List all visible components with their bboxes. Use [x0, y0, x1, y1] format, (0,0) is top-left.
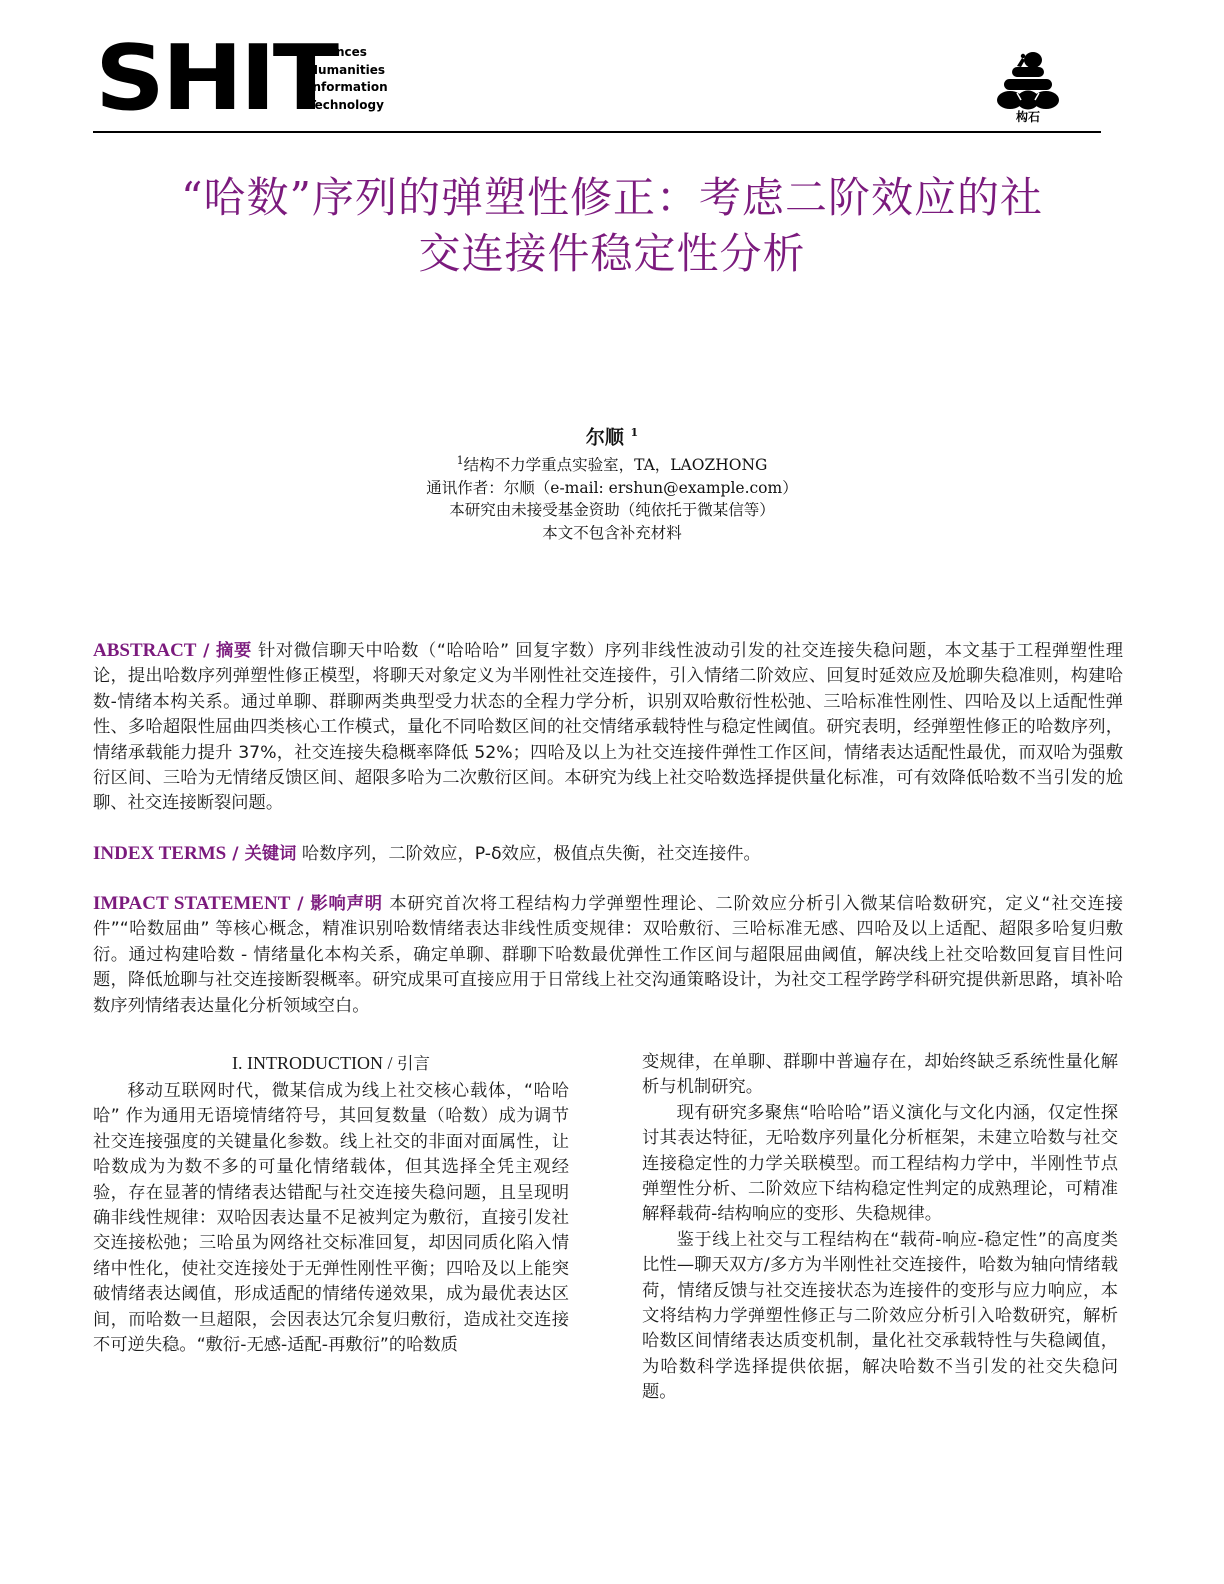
abstract-text: 针对微信聊天中哈数（“哈哈哈” 回复字数）序列非线性波动引发的社交连接失稳问题，… [93, 641, 1123, 813]
journal-logo-mark: SHIT [95, 40, 336, 118]
intro-paragraph-3: 鉴于线上社交与工程结构在“载荷-响应-稳定性”的高度类比性—聊天双方/多方为半刚… [642, 1228, 1118, 1406]
author-affiliation-mark: 1 [630, 426, 638, 439]
abstract: ABSTRACT / 摘要 针对微信聊天中哈数（“哈哈哈” 回复字数）序列非线性… [93, 638, 1123, 817]
intro-paragraph-1: 移动互联网时代，微某信成为线上社交核心载体，“哈哈哈” 作为通用无语境情绪符号，… [93, 1079, 569, 1358]
logo-word: Information [308, 79, 388, 97]
body-column-right: 变规律，在单聊、群聊中普遍存在，却始终缺乏系统性量化解析与机制研究。 现有研究多… [642, 1050, 1118, 1406]
body-column-left: I. INTRODUCTION / 引言 移动互联网时代，微某信成为线上社交核心… [93, 1050, 569, 1358]
impact-label-cn: / 影响声明 [290, 894, 383, 914]
logo-word: Humanities [308, 62, 388, 80]
abstract-label-cn: / 摘要 [196, 641, 251, 661]
title-line-1: “哈数”序列的弹塑性修正：考虑二阶效应的社 [100, 170, 1124, 226]
intro-paragraph-2: 现有研究多聚焦“哈哈哈”语义演化与文化内涵，仅定性探讨其表达特征，无哈数序列量化… [642, 1101, 1118, 1228]
logo-word: Sciences [308, 44, 388, 62]
index-terms-label-en: INDEX TERMS [93, 843, 226, 864]
affiliation-text: 结构不力学重点实验室，TA，LAOZHONG [464, 456, 768, 474]
stone-pile-icon [995, 48, 1061, 110]
publisher-logo-label: 构石 [993, 108, 1063, 125]
funding-statement: 本研究由未接受基金资助（纯依托于微某信等） [300, 499, 924, 522]
logo-word: Technology [308, 97, 388, 115]
index-terms-text: 哈数序列，二阶效应，P-δ效应，极值点失衡，社交连接件。 [302, 844, 761, 864]
author-name: 尔顺 [586, 426, 624, 448]
header-rule [93, 131, 1101, 133]
supplementary-statement: 本文不包含补充材料 [300, 522, 924, 545]
affiliation-mark: 1 [457, 454, 464, 467]
author-name-line: 尔顺 1 [300, 420, 924, 450]
index-terms-label-cn: / 关键词 [226, 844, 296, 864]
intro-paragraph-1-continued: 变规律，在单聊、群聊中普遍存在，却始终缺乏系统性量化解析与机制研究。 [642, 1050, 1118, 1101]
section-heading-en: I. INTRODUCTION / [232, 1053, 397, 1073]
impact-statement: IMPACT STATEMENT / 影响声明 本研究首次将工程结构力学弹塑性理… [93, 891, 1123, 1019]
publisher-logo: 构石 [993, 48, 1063, 128]
affiliation: 1结构不力学重点实验室，TA，LAOZHONG [300, 450, 924, 477]
corresponding-author: 通讯作者：尔顺（e-mail: ershun@example.com） [300, 477, 924, 500]
title-line-2: 交连接件稳定性分析 [100, 226, 1124, 282]
journal-header: SHIT Sciences Humanities Information Tec… [93, 40, 1101, 132]
section-heading-cn: 引言 [397, 1054, 430, 1073]
section-heading-introduction: I. INTRODUCTION / 引言 [93, 1050, 569, 1077]
author-block: 尔顺 1 1结构不力学重点实验室，TA，LAOZHONG 通讯作者：尔顺（e-m… [300, 420, 924, 544]
abstract-label-en: ABSTRACT [93, 640, 196, 661]
index-terms: INDEX TERMS / 关键词 哈数序列，二阶效应，P-δ效应，极值点失衡，… [93, 841, 1123, 867]
journal-logo-words: Sciences Humanities Information Technolo… [308, 44, 388, 114]
impact-label-en: IMPACT STATEMENT [93, 893, 290, 914]
paper-title: “哈数”序列的弹塑性修正：考虑二阶效应的社 交连接件稳定性分析 [100, 170, 1124, 282]
